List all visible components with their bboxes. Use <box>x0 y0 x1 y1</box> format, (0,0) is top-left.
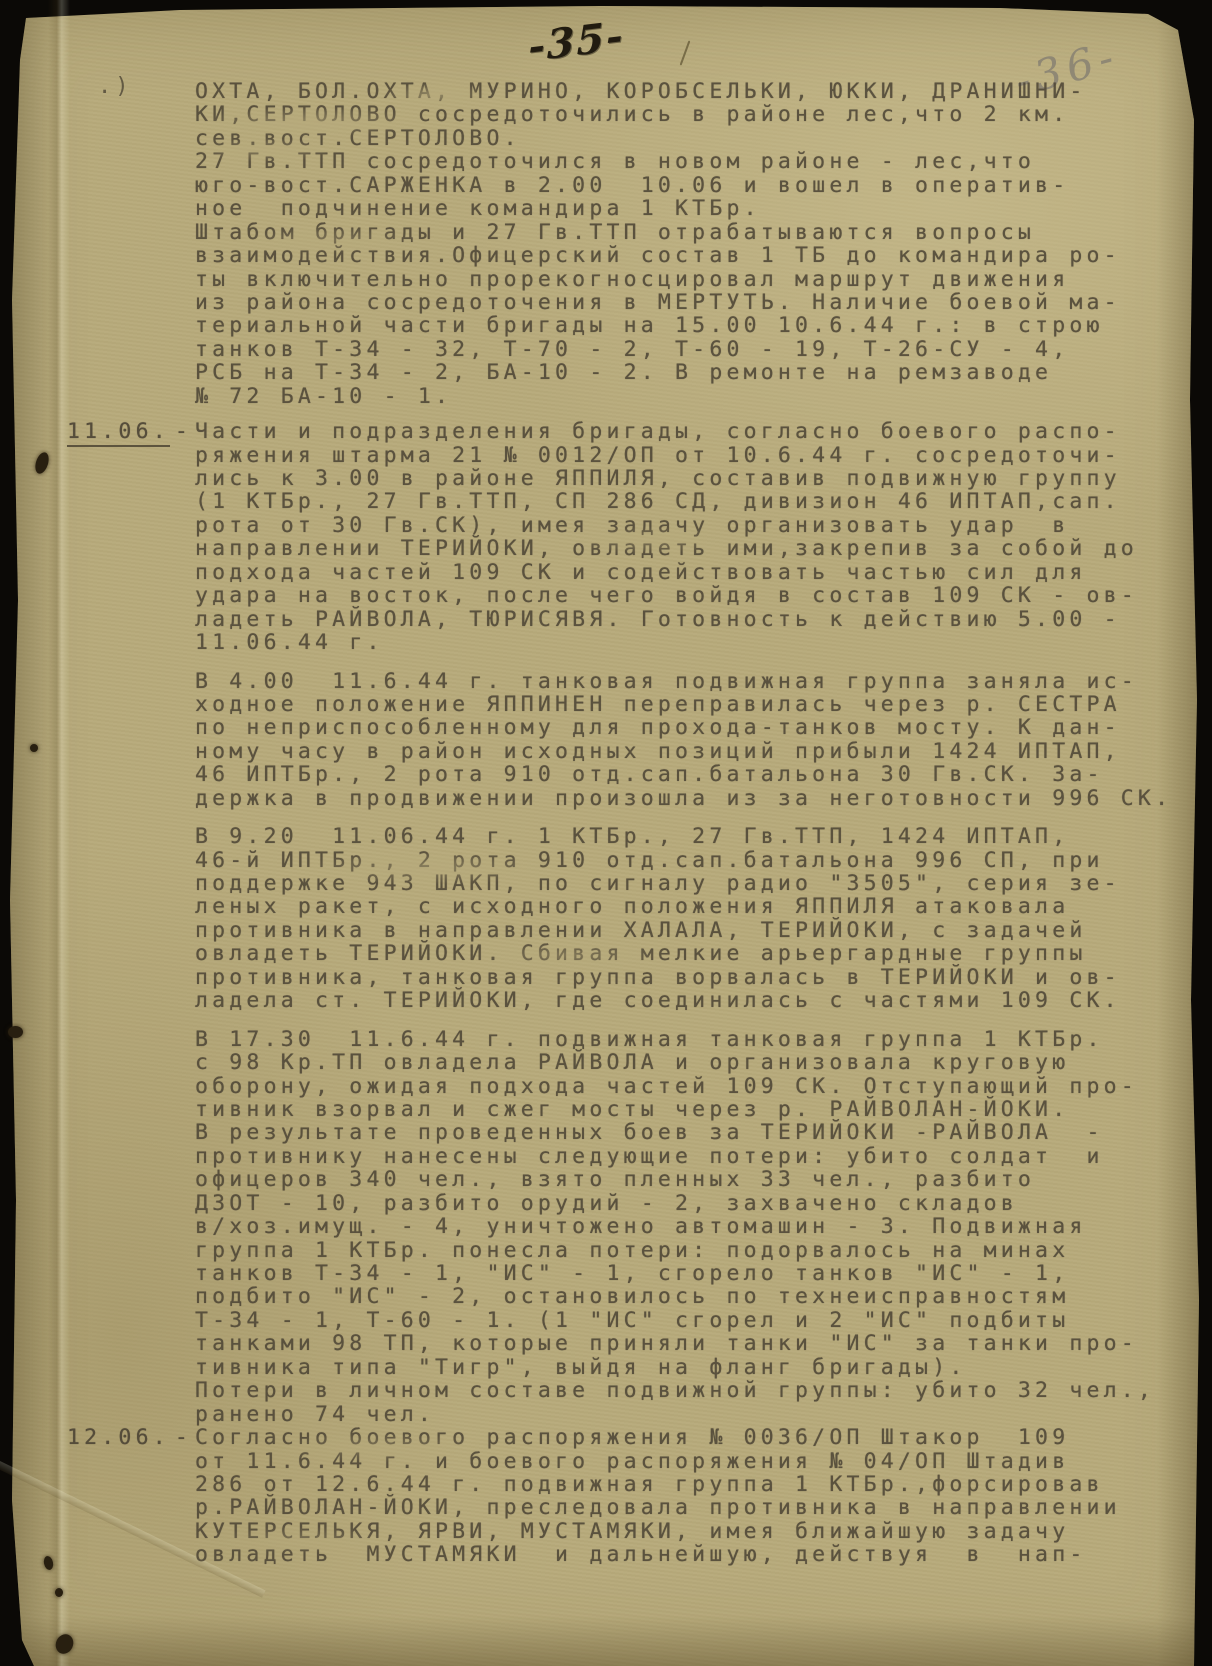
text-line: р.РАЙВОЛАН-ЙОКИ, преследовала противника… <box>195 1496 1155 1519</box>
text-line: тивника типа "Тигр", выйдя на фланг бриг… <box>195 1356 1155 1379</box>
paragraph: ОХТА, БОЛ.ОХТА, МУРИНО, КОРОБСЕЛЬКИ, ЮКК… <box>195 80 1155 408</box>
text-line: направлении ТЕРИЙОКИ, овладеть ими,закре… <box>195 537 1155 560</box>
text-line: 46-й ИПТБр., 2 рота 910 отд.сап.батальон… <box>195 849 1155 872</box>
text-line: Потери в личном составе подвижной группы… <box>195 1379 1155 1402</box>
text-line: леных ракет, с исходного положения ЯППИЛ… <box>195 895 1155 918</box>
text-line: Штабом бригады и 27 Гв.ТТП отрабатываютс… <box>195 221 1155 244</box>
text-line: тивник взорвал и сжег мосты через р. РАЙ… <box>195 1098 1155 1121</box>
text-line: противника в направлении ХАЛАЛА, ТЕРИЙОК… <box>195 919 1155 942</box>
text-line: сев.вост.СЕРТОЛОВО. <box>195 127 1155 150</box>
text-line: В результате проведенных боев за ТЕРИЙОК… <box>195 1121 1155 1144</box>
text-line: группа 1 КТБр. понесла потери: подорвало… <box>195 1239 1155 1262</box>
text-line: ное подчинение командира 1 КТБр. <box>195 197 1155 220</box>
text-line: по неприспособленному для прохода-танков… <box>195 716 1155 739</box>
text-line: 46 ИПТБр., 2 рота 910 отд.сап.батальона … <box>195 763 1155 786</box>
diary-entry: ОХТА, БОЛ.ОХТА, МУРИНО, КОРОБСЕЛЬКИ, ЮКК… <box>195 80 1155 408</box>
text-line: оборону, ожидая подхода частей 109 СК. О… <box>195 1075 1155 1098</box>
text-line: В 4.00 11.6.44 г. танковая подвижная гру… <box>195 670 1155 693</box>
vertical-fold-crease <box>48 0 70 1666</box>
text-line: ному часу в район исходных позиций прибы… <box>195 740 1155 763</box>
stray-mark: .) <box>98 74 133 99</box>
text-line: ОХТА, БОЛ.ОХТА, МУРИНО, КОРОБСЕЛЬКИ, ЮКК… <box>195 80 1155 103</box>
text-line: териальной части бригады на 15.00 10.6.4… <box>195 314 1155 337</box>
paragraph: Части и подразделения бригады, согласно … <box>195 420 1155 654</box>
paragraph: В 9.20 11.06.44 г. 1 КТБр., 27 Гв.ТТП, 1… <box>195 825 1155 1013</box>
text-line: ранено 74 чел. <box>195 1403 1155 1426</box>
text-line: рота от 30 Гв.СК), имея задачу организов… <box>195 514 1155 537</box>
text-line: взаимодействия.Офицерский состав 1 ТБ до… <box>195 244 1155 267</box>
text-line: поддержке 943 ШАКП, по сигналу радио "35… <box>195 872 1155 895</box>
text-line: ладела ст. ТЕРИЙОКИ, где соединилась с ч… <box>195 989 1155 1012</box>
text-line: КИ,СЕРТОЛОВО сосредоточились в районе ле… <box>195 103 1155 126</box>
text-line: РСБ на Т-34 - 2, БА-10 - 2. В ремонте на… <box>195 361 1155 384</box>
text-line: ряжения штарма 21 № 0012/ОП от 10.6.44 г… <box>195 444 1155 467</box>
text-line: противника, танковая группа ворвалась в … <box>195 966 1155 989</box>
paragraph: В 17.30 11.6.44 г. подвижная танковая гр… <box>195 1028 1155 1426</box>
text-line: Части и подразделения бригады, согласно … <box>195 420 1155 443</box>
text-line: лись к 3.00 в районе ЯППИЛЯ, составив по… <box>195 467 1155 490</box>
paragraph: Согласно боевого распоряжения № 0036/ОП … <box>195 1426 1155 1567</box>
entry-date-label: 12.06.- <box>67 1426 192 1449</box>
entry-date-label: 11.06.- <box>67 420 192 443</box>
text-line: В 17.30 11.6.44 г. подвижная танковая гр… <box>195 1028 1155 1051</box>
text-line: ты включительно прорекогносцировал маршр… <box>195 268 1155 291</box>
text-line: подхода частей 109 СК и содействовать ча… <box>195 561 1155 584</box>
text-line: Согласно боевого распоряжения № 0036/ОП … <box>195 1426 1155 1449</box>
text-line: офицеров 340 чел., взято пленных 33 чел.… <box>195 1168 1155 1191</box>
text-line: из района сосредоточения в МЕРТУТЬ. Нали… <box>195 291 1155 314</box>
paper-hole <box>30 744 38 752</box>
diary-entry: 11.06.-Части и подразделения бригады, со… <box>195 420 1155 1426</box>
diary-entry: 12.06.-Согласно боевого распоряжения № 0… <box>195 1426 1155 1567</box>
paper-hole <box>8 1026 23 1038</box>
text-line: овладеть ТЕРИЙОКИ. Сбивая мелкие арьерга… <box>195 942 1155 965</box>
text-line: КУТЕРСЕЛЬКЯ, ЯРВИ, МУСТАМЯКИ, имея ближа… <box>195 1520 1155 1543</box>
text-line: танков Т-34 - 32, Т-70 - 2, Т-60 - 19, Т… <box>195 338 1155 361</box>
text-line: Т-34 - 1, Т-60 - 1. (1 "ИС" сгорел и 2 "… <box>195 1309 1155 1332</box>
text-line: 27 Гв.ТТП сосредоточился в новом районе … <box>195 150 1155 173</box>
text-line: 286 от 12.6.44 г. подвижная группа 1 КТБ… <box>195 1473 1155 1496</box>
paragraph: В 4.00 11.6.44 г. танковая подвижная гру… <box>195 670 1155 811</box>
text-line: ходное положение ЯППИНЕН переправилась ч… <box>195 693 1155 716</box>
text-line: от 11.6.44 г. и боевого распоряжения № 0… <box>195 1450 1155 1473</box>
text-line: 11.06.44 г. <box>195 631 1155 654</box>
text-line: подбито "ИС" - 2, остановилось по технеи… <box>195 1285 1155 1308</box>
text-line: юго-вост.САРЖЕНКА в 2.00 10.06 и вошел в… <box>195 174 1155 197</box>
text-line: с 98 Кр.ТП овладела РАЙВОЛА и организова… <box>195 1051 1155 1074</box>
text-line: противнику нанесены следующие потери: уб… <box>195 1145 1155 1168</box>
text-line: танков Т-34 - 1, "ИС" - 1, сгорело танко… <box>195 1262 1155 1285</box>
text-line: ладеть РАЙВОЛА, ТЮРИСЯВЯ. Готовность к д… <box>195 608 1155 631</box>
text-line: № 72 БА-10 - 1. <box>195 385 1155 408</box>
text-line: удара на восток, после чего войдя в сост… <box>195 584 1155 607</box>
text-line: овладеть МУСТАМЯКИ и дальнейшую, действу… <box>195 1543 1155 1566</box>
text-line: В 9.20 11.06.44 г. 1 КТБр., 27 Гв.ТТП, 1… <box>195 825 1155 848</box>
typed-text-column: ОХТА, БОЛ.ОХТА, МУРИНО, КОРОБСЕЛЬКИ, ЮКК… <box>195 80 1155 1567</box>
text-line: в/хоз.имущ. - 4, уничтожено автомашин - … <box>195 1215 1155 1238</box>
text-line: ДЗОТ - 10, разбито орудий - 2, захвачено… <box>195 1192 1155 1215</box>
paper-hole <box>55 1588 63 1597</box>
scanned-document: -35- -36- .) ОХТА, БОЛ.ОХТА, МУРИНО, КОР… <box>0 0 1212 1666</box>
text-line: держка в продвижении произошла из за нег… <box>195 787 1155 810</box>
text-line: танками 98 ТП, которые приняли танки "ИС… <box>195 1332 1155 1355</box>
text-line: (1 КТБр., 27 Гв.ТТП, СП 286 СД, дивизион… <box>195 490 1155 513</box>
